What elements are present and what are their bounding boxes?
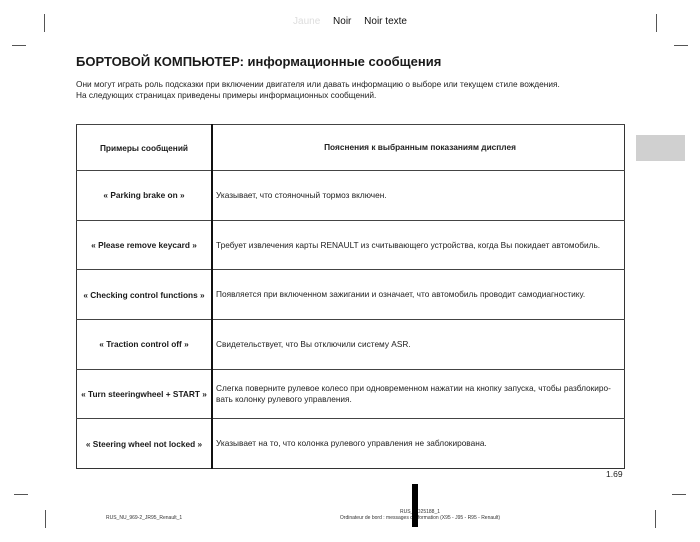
table-row: « Traction control off » Свидетельствует… bbox=[77, 320, 625, 370]
table-row: « Steering wheel not locked » Указывает … bbox=[77, 419, 625, 469]
color-marks: Jaune Noir Noir texte bbox=[0, 16, 700, 27]
table-row: « Turn steeringwheel + START » Слегка по… bbox=[77, 369, 625, 419]
column-header-explanations: Пояснения к выбранным показаниям дисплея bbox=[212, 125, 625, 171]
footer-document-id: RUS_NU_969-2_JR95_Renault_1 bbox=[106, 515, 182, 521]
message-cell: « Steering wheel not locked » bbox=[77, 419, 213, 469]
explanation-cell: Указывает на то, что колонка рулевого уп… bbox=[212, 419, 625, 469]
message-cell: « Checking control functions » bbox=[77, 270, 213, 320]
table-row: « Checking control functions » Появляетс… bbox=[77, 270, 625, 320]
intro-line: Они могут играть роль подсказки при вклю… bbox=[76, 79, 560, 90]
crop-mark bbox=[655, 510, 656, 528]
footer-ref-title: Ordinateur de bord : messages d'informat… bbox=[300, 515, 540, 521]
message-cell: « Traction control off » bbox=[77, 320, 213, 370]
explanation-cell: Появляется при включенном зажигании и оз… bbox=[212, 270, 625, 320]
crop-mark bbox=[674, 45, 688, 46]
color-mark-noir: Noir bbox=[333, 16, 351, 27]
explanation-cell: Требует извлечения карты RENAULT из счит… bbox=[212, 220, 625, 270]
table-header-row: Примеры сообщений Пояснения к выбранным … bbox=[77, 125, 625, 171]
message-cell: « Parking brake on » bbox=[77, 171, 213, 221]
messages-table: Примеры сообщений Пояснения к выбранным … bbox=[76, 124, 625, 469]
explanation-cell: Слегка поверните рулевое колесо при одно… bbox=[212, 369, 625, 419]
title-main: БОРТОВОЙ КОМПЬЮТЕР: bbox=[76, 54, 244, 69]
color-mark-noir-texte: Noir texte bbox=[364, 16, 407, 27]
explanation-cell: Свидетельствует, что Вы отключили систем… bbox=[212, 320, 625, 370]
intro-paragraph: Они могут играть роль подсказки при вклю… bbox=[76, 79, 560, 101]
message-cell: « Turn steeringwheel + START » bbox=[77, 369, 213, 419]
section-tab bbox=[636, 135, 685, 161]
table-row: « Parking brake on » Указывает, что стоя… bbox=[77, 171, 625, 221]
registration-bar bbox=[412, 484, 418, 527]
crop-mark bbox=[672, 494, 686, 495]
page-number: 1.69 bbox=[606, 469, 623, 479]
column-header-messages: Примеры сообщений bbox=[77, 125, 213, 171]
crop-mark bbox=[45, 510, 46, 528]
crop-mark bbox=[14, 494, 28, 495]
explanation-cell: Указывает, что стояночный тормоз включен… bbox=[212, 171, 625, 221]
crop-mark bbox=[12, 45, 26, 46]
message-cell: « Please remove keycard » bbox=[77, 220, 213, 270]
footer-reference: RUS_UD25188_1 Ordinateur de bord : messa… bbox=[300, 509, 540, 521]
title-sub: информационные сообщения bbox=[244, 54, 441, 69]
color-mark-jaune: Jaune bbox=[293, 16, 320, 27]
intro-line: На следующих страницах приведены примеры… bbox=[76, 90, 560, 101]
page-title: БОРТОВОЙ КОМПЬЮТЕР: информационные сообщ… bbox=[76, 54, 441, 69]
table-row: « Please remove keycard » Требует извлеч… bbox=[77, 220, 625, 270]
